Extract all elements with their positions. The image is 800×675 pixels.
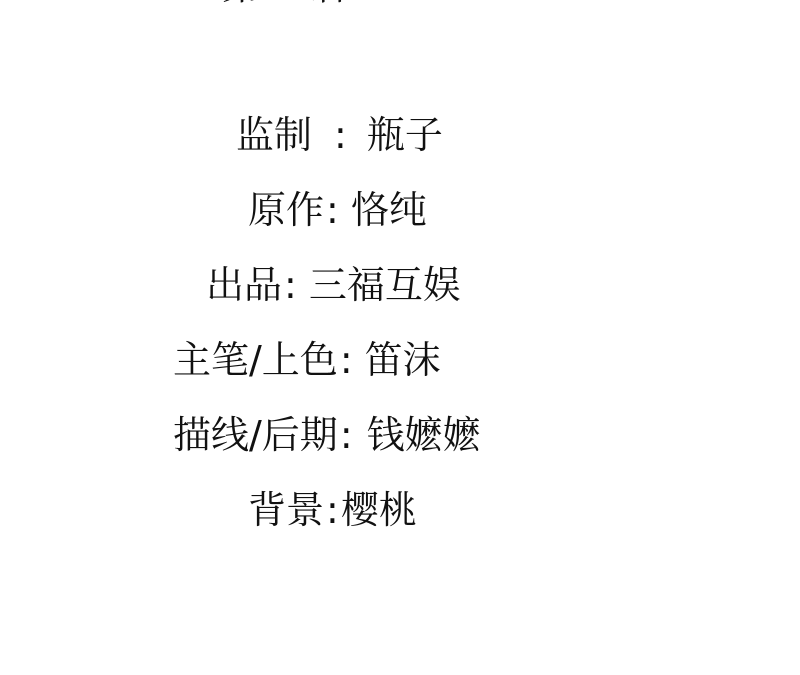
chapter-title-truncated: 第一话 (222, 0, 348, 6)
credit-role: 描线/后期 (173, 413, 338, 457)
credit-name: 樱桃 (341, 488, 417, 532)
credits-page: 第一话 监制:瓶子 原作:恪纯 出品:三福互娱 主笔/上色:笛沫 描线/后期:钱… (0, 0, 800, 675)
credit-separator: : (340, 338, 353, 382)
credit-line-producer: 出品:三福互娱 (206, 263, 461, 307)
credit-name: 笛沫 (365, 338, 441, 382)
credit-separator: : (326, 488, 339, 532)
credit-line-original-author: 原作:恪纯 (248, 188, 427, 232)
credit-separator: : (340, 413, 353, 457)
credit-role: 原作 (248, 188, 324, 232)
credit-line-lead-artist-colorist: 主笔/上色:笛沫 (173, 338, 441, 382)
credit-role: 出品 (206, 263, 282, 307)
credit-name: 钱嬷嬷 (367, 413, 481, 457)
credit-role: 监制 (236, 113, 312, 157)
credit-separator: : (334, 113, 347, 157)
credit-separator: : (326, 188, 339, 232)
credit-name: 瓶子 (367, 113, 443, 157)
credit-name: 三福互娱 (309, 263, 461, 307)
credit-separator: : (284, 263, 297, 307)
credit-role: 主笔/上色 (173, 338, 338, 382)
credit-line-supervisor: 监制:瓶子 (236, 113, 443, 157)
credit-line-background: 背景:樱桃 (248, 488, 417, 532)
credit-line-lineart-postproduction: 描线/后期:钱嬷嬷 (173, 413, 481, 457)
credit-role: 背景 (248, 488, 324, 532)
credit-name: 恪纯 (351, 188, 427, 232)
